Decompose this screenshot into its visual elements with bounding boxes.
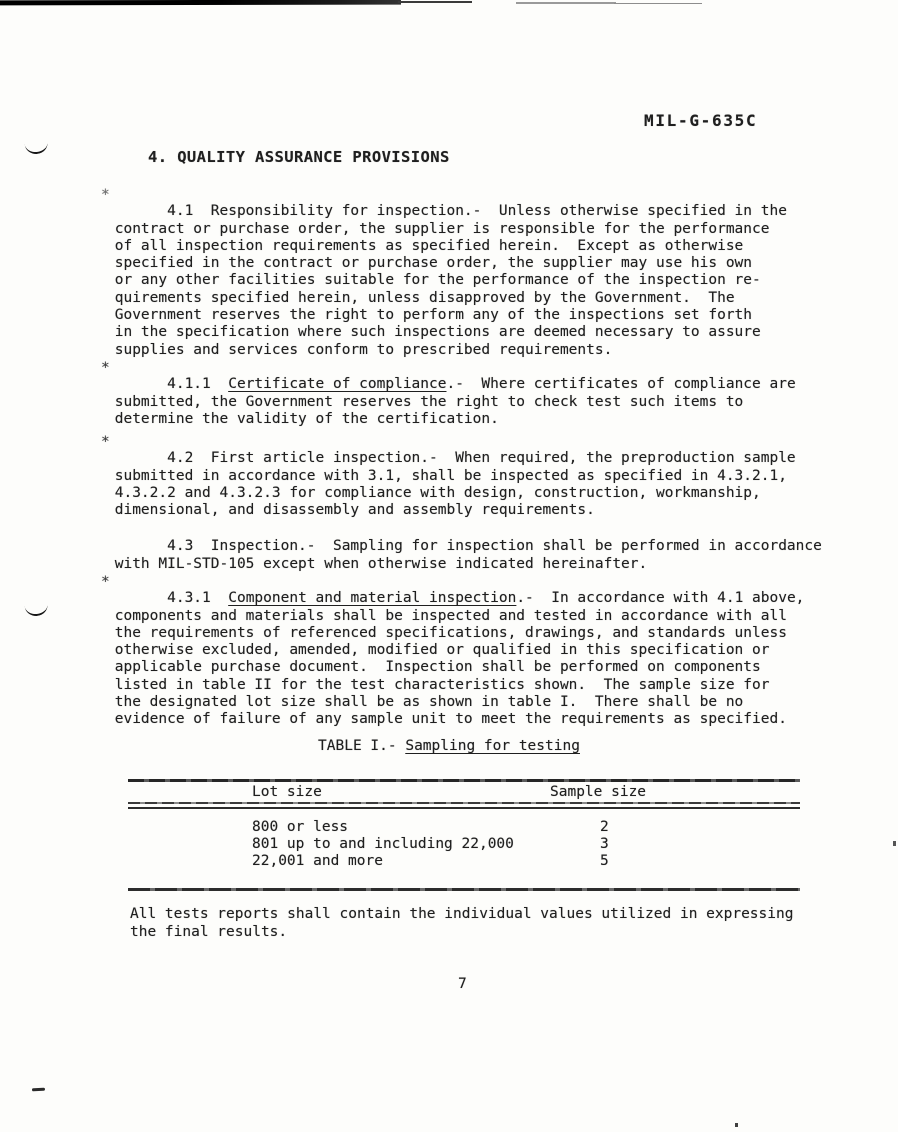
scan-streak-top — [516, 2, 616, 4]
table-row: 22,001 and more 5 — [128, 853, 800, 870]
table-title-prefix: TABLE I.- — [318, 738, 405, 754]
table-header-row: Lot size Sample size — [128, 784, 800, 801]
scan-streak-top — [398, 1, 472, 3]
paragraph-text: 4.3.1 Component and material inspection.… — [106, 590, 804, 727]
table-row: 801 up to and including 22,000 3 — [128, 836, 800, 853]
paragraph-4-3-1: * 4.3.1 Component and material inspectio… — [106, 573, 826, 746]
paragraph-text: 4.1.1 Certificate of compliance.- Where … — [106, 376, 796, 427]
section-heading: 4. QUALITY ASSURANCE PROVISIONS — [148, 148, 450, 166]
cell-lot-size: 801 up to and including 22,000 — [128, 836, 600, 853]
column-header-sample-size: Sample size — [550, 784, 646, 801]
margin-pen-mark — [25, 141, 49, 155]
scan-speck — [735, 1123, 738, 1127]
cell-lot-size: 22,001 and more — [128, 853, 600, 870]
cell-sample-size: 5 — [600, 853, 609, 870]
table-rule-bottom — [128, 888, 800, 891]
scan-speck — [32, 1088, 45, 1092]
underlined-phrase: Certificate of compliance — [228, 376, 446, 392]
change-asterisk: * — [101, 434, 110, 451]
page-number: 7 — [458, 976, 467, 993]
change-asterisk: * — [101, 574, 110, 591]
change-asterisk: * — [101, 187, 110, 204]
document-page: MIL-G-635C 4. QUALITY ASSURANCE PROVISIO… — [0, 0, 898, 1132]
table-rule-top — [128, 779, 800, 782]
margin-pen-mark — [25, 603, 49, 617]
change-asterisk: * — [101, 360, 110, 377]
doc-number: MIL-G-635C — [644, 112, 757, 129]
paragraph-text: 4.1 Responsibility for inspection.- Unle… — [106, 203, 787, 357]
scan-streak-top — [614, 3, 702, 4]
table-rule-header — [128, 802, 800, 804]
table-title-underlined: Sampling for testing — [405, 738, 580, 754]
scan-speck — [893, 841, 896, 846]
paragraph-text: 4.2 First article inspection.- When requ… — [106, 450, 796, 518]
scan-streak-top — [0, 0, 401, 5]
table-title: TABLE I.- Sampling for testing — [0, 738, 898, 755]
cell-lot-size: 800 or less — [128, 819, 600, 836]
cell-sample-size: 2 — [600, 819, 609, 836]
table-row: 800 or less 2 — [128, 819, 800, 836]
column-header-lot-size: Lot size — [128, 784, 550, 801]
footer-note: All tests reports shall contain the indi… — [130, 906, 830, 941]
table-rule-header — [128, 807, 800, 809]
paragraph-text: 4.3 Inspection.- Sampling for inspection… — [106, 538, 822, 571]
underlined-phrase: Component and material inspection — [228, 590, 516, 606]
cell-sample-size: 3 — [600, 836, 609, 853]
paragraph-4-1: * 4.1 Responsibility for inspection.- Un… — [106, 186, 826, 376]
sampling-table: Lot size Sample size 800 or less 2 801 u… — [128, 779, 800, 891]
